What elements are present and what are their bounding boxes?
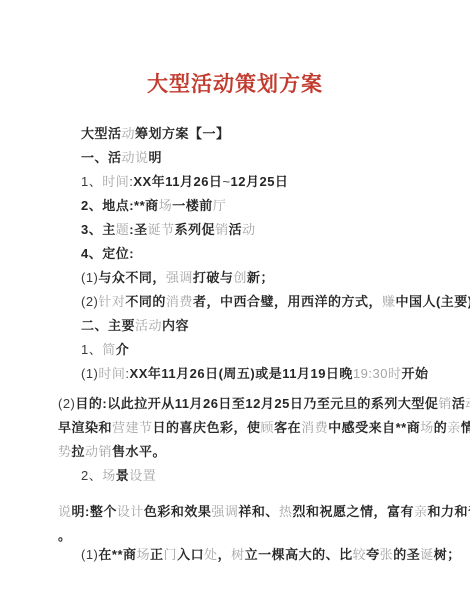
text-run: 早渲染和 xyxy=(58,420,112,435)
text-run: 销 xyxy=(438,396,452,411)
text-run: 设计 xyxy=(117,504,144,519)
text-run: XX年11月26日 xyxy=(133,174,222,189)
text-run: (2) xyxy=(58,396,75,411)
text-run: 12月25日 xyxy=(231,174,289,189)
text-line: 势拉动销售水平。 xyxy=(58,443,456,461)
text-run: 售水平。 xyxy=(112,444,166,459)
text-line: 4、定位: xyxy=(58,245,456,263)
text-run: 树 xyxy=(231,547,245,562)
text-run: 立一棵高大的、比 xyxy=(245,547,353,562)
text-run: 势 xyxy=(58,444,72,459)
text-run: 时间 xyxy=(102,174,129,189)
text-run: 场 xyxy=(420,420,434,435)
text-run: 一楼前 xyxy=(172,198,213,213)
text-run: ， xyxy=(218,547,232,562)
text-line: 3、主题:圣诞节系列促销活动 xyxy=(58,221,456,239)
text-run: 动说 xyxy=(122,150,149,165)
text-run: 创 xyxy=(233,270,247,285)
text-run: 2、 xyxy=(81,468,102,483)
text-run: 时间 xyxy=(98,366,125,381)
text-run: 入口 xyxy=(177,547,204,562)
text-run: ~ xyxy=(222,174,230,189)
text-run: 大型活 xyxy=(81,126,122,141)
text-run: 顾 xyxy=(261,420,275,435)
text-line: 2、地点:**商场一楼前厅 xyxy=(58,197,456,215)
text-run: (1) xyxy=(81,547,98,562)
text-run: (1) xyxy=(81,366,98,381)
text-run: 题 xyxy=(116,222,130,237)
text-run: 的 xyxy=(434,420,448,435)
document-header: 大型活动策划方案 xyxy=(0,54,470,112)
text-run: 在**商 xyxy=(98,547,136,562)
text-run: 诞 xyxy=(420,547,434,562)
text-run: 二、主要 xyxy=(81,318,135,333)
text-line: (2)目的:以此拉开从11月26日至12月25日乃至元旦的系列大型促销活动序幕，… xyxy=(58,395,456,413)
text-run: 新； xyxy=(247,270,274,285)
text-run: 者，中西合璧，用西洋的方式， xyxy=(193,294,382,309)
text-run: 景 xyxy=(116,468,130,483)
text-run: 动 xyxy=(242,222,256,237)
text-run: 19:30时 xyxy=(353,366,402,381)
text-run: 活 xyxy=(452,396,466,411)
text-line: 一、活动说明 xyxy=(58,149,456,167)
text-run: 开始 xyxy=(401,366,428,381)
text-run: 处 xyxy=(204,547,218,562)
text-run: 内容 xyxy=(162,318,189,333)
text-run: 的圣 xyxy=(393,547,420,562)
text-run: (2) xyxy=(81,294,98,309)
document-title: 大型活动策划方案 xyxy=(147,68,323,98)
text-run: 张 xyxy=(380,547,394,562)
text-run: 与众不同， xyxy=(98,270,166,285)
text-line: 。 xyxy=(58,527,456,545)
text-run: 打破与 xyxy=(193,270,234,285)
text-run: 消费 xyxy=(166,294,193,309)
text-run: 简 xyxy=(102,342,116,357)
text-run: 中国人(主要)的 xyxy=(395,294,470,309)
text-run: 明 xyxy=(149,150,163,165)
text-line: (1)与众不同，强调打破与创新； xyxy=(58,269,456,287)
text-run: 系列促 xyxy=(175,222,216,237)
text-run: 动销 xyxy=(85,444,112,459)
text-line: 二、主要活动内容 xyxy=(58,317,456,335)
text-run: 场 xyxy=(159,198,173,213)
text-run: 针对 xyxy=(98,294,125,309)
text-run: 1、 xyxy=(81,342,102,357)
text-line: 说明:整个设计色彩和效果强调祥和、热烈和祝愿之情，富有亲和力和奇妙的色彩 xyxy=(58,503,456,521)
text-run: 销 xyxy=(215,222,229,237)
text-run: 客在 xyxy=(274,420,301,435)
text-run: 诞节 xyxy=(148,222,175,237)
text-run: 热 xyxy=(279,504,293,519)
text-run: 亲 xyxy=(414,504,428,519)
text-run: 祥和、 xyxy=(238,504,279,519)
text-run: 一、活 xyxy=(81,150,122,165)
text-run: 门 xyxy=(164,547,178,562)
text-run: 2、地点:**商 xyxy=(81,198,159,213)
text-run: 树； xyxy=(434,547,461,562)
text-run: 较 xyxy=(353,547,367,562)
text-run: 营建节 xyxy=(112,420,153,435)
text-run: 色彩和效果 xyxy=(144,504,212,519)
text-line: (1)在**商场正门入口处，树立一棵高大的、比较夸张的圣诞树； xyxy=(58,546,456,564)
text-run: :圣 xyxy=(129,222,147,237)
text-line: 大型活动筹划方案【一】 xyxy=(58,125,456,143)
text-run: 3、主 xyxy=(81,222,116,237)
text-run: 场 xyxy=(102,468,116,483)
text-run: 厅 xyxy=(213,198,227,213)
text-run: 筹划方案【一】 xyxy=(135,126,230,141)
text-run: 4、定位: xyxy=(81,246,134,261)
text-line: 早渲染和营建节日的喜庆色彩，使顾客在消费中感受来自**商场的亲情与平和，强 xyxy=(58,419,456,437)
text-run: 不同的 xyxy=(125,294,166,309)
document-body: 大型活动筹划方案【一】一、活动说明1、时间:XX年11月26日~12月25日2、… xyxy=(0,125,470,564)
text-line: 2、场景设置 xyxy=(58,467,456,485)
text-line: 1、简介 xyxy=(58,341,456,359)
text-run: 强调 xyxy=(211,504,238,519)
text-run: (1) xyxy=(81,270,98,285)
text-run: 介 xyxy=(116,342,130,357)
text-run: 1、 xyxy=(81,174,102,189)
text-run: 亲 xyxy=(447,420,461,435)
text-run: 拉 xyxy=(72,444,86,459)
text-run: 消费 xyxy=(301,420,328,435)
text-run: 设置 xyxy=(129,468,156,483)
text-run: 强调 xyxy=(166,270,193,285)
text-run: 目的:以此拉开从11月26日至12月25日乃至元旦的系列大型促 xyxy=(75,396,438,411)
text-run: 情与平和， xyxy=(461,420,470,435)
text-run: 赚 xyxy=(382,294,396,309)
text-line: 1、时间:XX年11月26日~12月25日 xyxy=(58,173,456,191)
text-run: 明:整个 xyxy=(72,504,117,519)
text-run: 活 xyxy=(229,222,243,237)
text-run: 日的喜庆色彩，使 xyxy=(153,420,261,435)
text-run: 说 xyxy=(58,504,72,519)
text-run: 烈和祝愿之情，富有 xyxy=(292,504,414,519)
text-line: (1)时间:XX年11月26日(周五)或是11月19日晚19:30时开始 xyxy=(58,365,456,383)
text-line: (2)针对不同的消费者，中西合璧，用西洋的方式，赚中国人(主要)的钱。 xyxy=(58,293,456,311)
text-run: 场 xyxy=(137,547,151,562)
text-run: 动 xyxy=(122,126,136,141)
text-run: 活动 xyxy=(135,318,162,333)
text-run: 。 xyxy=(58,528,72,543)
text-run: 正 xyxy=(150,547,164,562)
text-run: 和力和奇妙的色彩 xyxy=(427,504,470,519)
text-run: 中感受来自**商 xyxy=(328,420,420,435)
text-run: 动 xyxy=(465,396,470,411)
text-run: XX年11月26日(周五)或是11月19日晚 xyxy=(130,366,353,381)
text-run: 夸 xyxy=(366,547,380,562)
